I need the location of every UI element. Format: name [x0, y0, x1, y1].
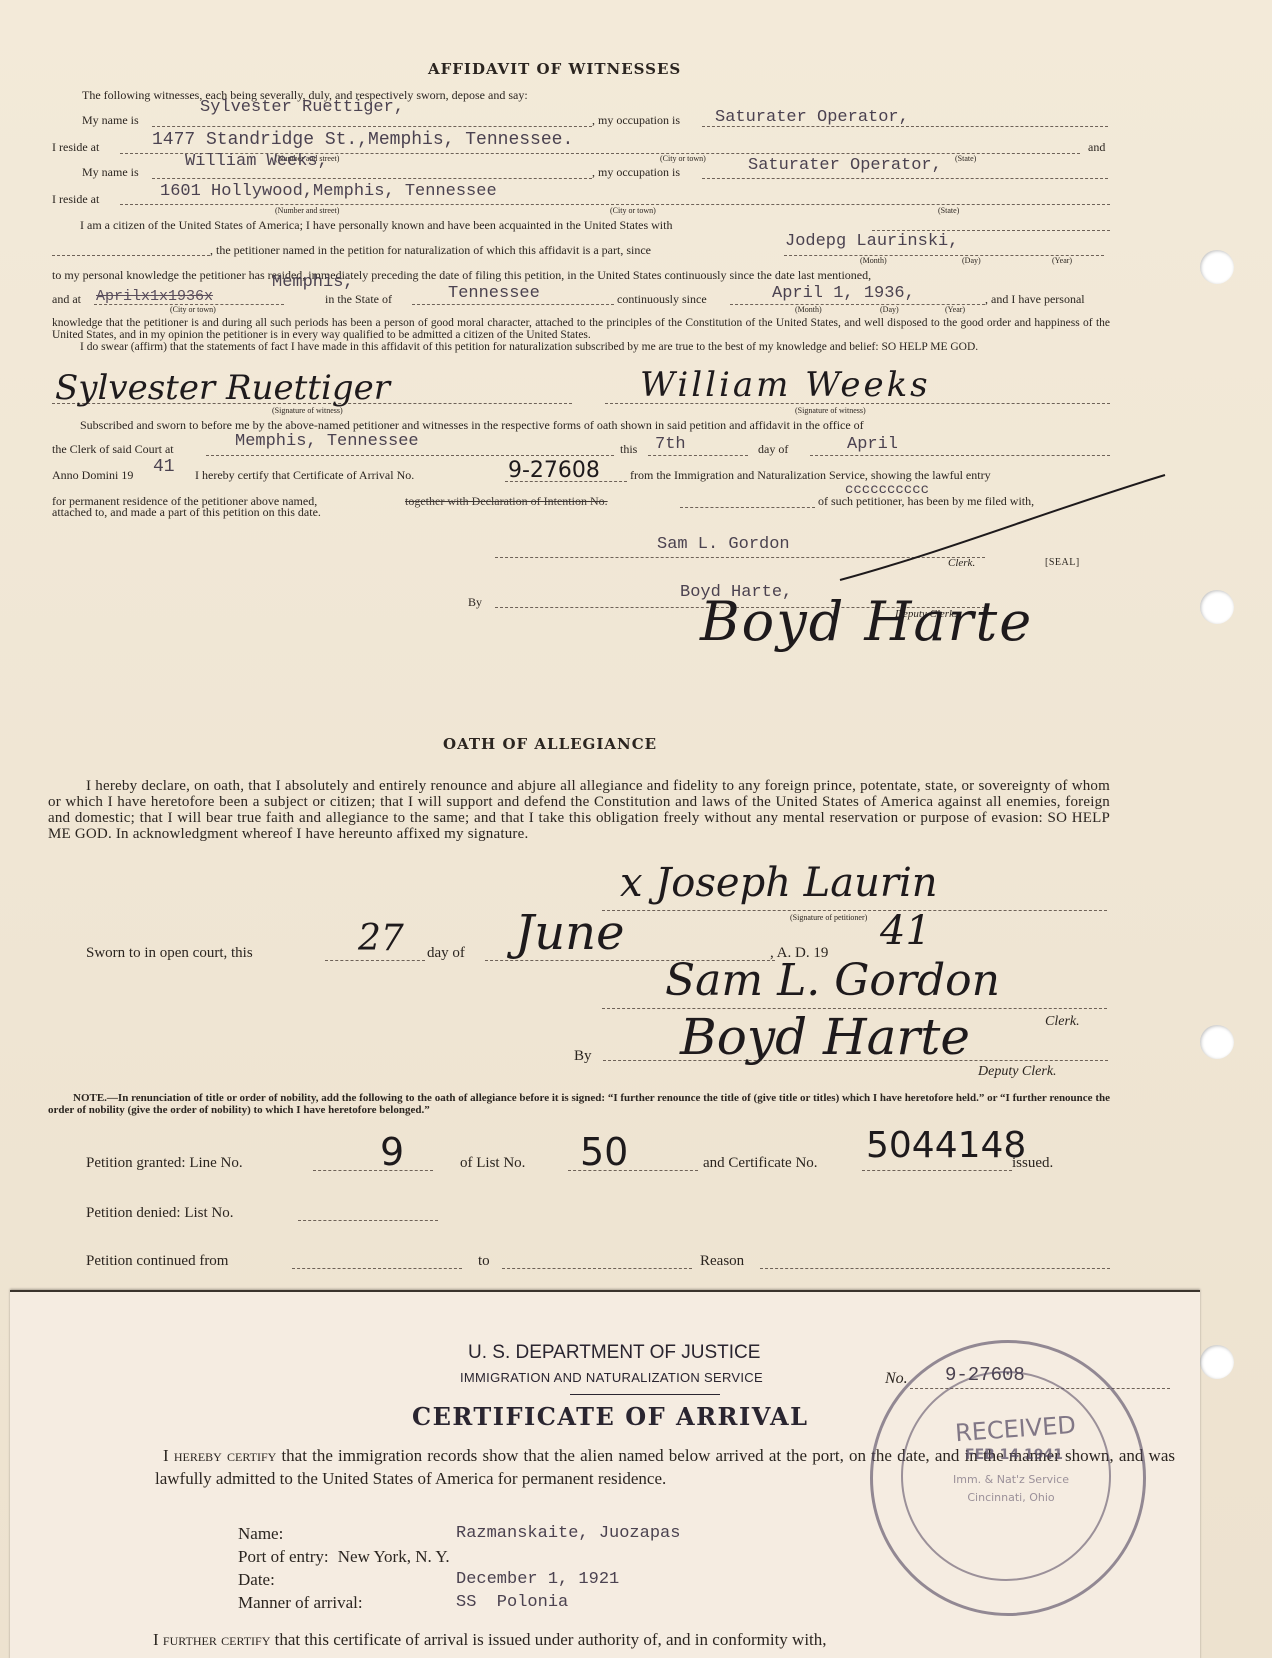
attached-line: attached to, and made a part of this pet… [52, 505, 321, 520]
label-my-name: My name is [82, 113, 139, 128]
field-label: Date: [238, 1570, 275, 1589]
field-label: Port of entry: [238, 1547, 329, 1566]
label-city-town: (City or town) [610, 206, 656, 215]
label-day-of: day of [427, 945, 465, 962]
label-to: to [478, 1253, 490, 1270]
day-value: 7th [655, 435, 686, 454]
sworn-month-value: June [515, 905, 624, 961]
field-value: Razmanskaite, Juozapas [456, 1524, 680, 1543]
document-page: AFFIDAVIT OF WITNESSES The following wit… [0, 0, 1272, 1658]
label-occupation: , my occupation is [592, 113, 680, 128]
nobility-note: NOTE.—In renunciation of title or order … [48, 1092, 1110, 1116]
cert-further-paragraph: I further certify that this certificate … [153, 1630, 1173, 1650]
clerk-name-typed: Sam L. Gordon [657, 535, 790, 554]
label-year: (Year) [1052, 256, 1072, 265]
sworn-year-value: 41 [880, 908, 931, 954]
label-my-name: My name is [82, 165, 139, 180]
field-manner-of-arrival: Manner of arrival: SS Polonia [238, 1593, 450, 1616]
court-place: Memphis, Tennessee [235, 432, 419, 451]
swear-paragraph: I do swear (affirm) that the statements … [52, 342, 1110, 354]
label-reside: I reside at [52, 192, 99, 207]
signature-of-petitioner-label: (Signature of petitioner) [790, 913, 867, 922]
label-and-personal: , and I have personal [985, 292, 1085, 307]
signature-of-witness-label: (Signature of witness) [272, 406, 343, 415]
stamp-office: Imm. & Nat'z Service Cincinnati, Ohio [941, 1471, 1081, 1507]
city-typed: Memphis, [272, 273, 354, 292]
witness1-name: Sylvester Ruettiger, [200, 98, 404, 117]
certify-line: I hereby certify that Certificate of Arr… [195, 468, 414, 483]
signature-of-witness-label: (Signature of witness) [795, 406, 866, 415]
petitioner-line: , the petitioner named in the petition f… [210, 243, 651, 258]
punch-hole [1200, 1345, 1234, 1379]
label-this: this [620, 442, 637, 457]
cert-dept-heading: U. S. DEPARTMENT OF JUSTICE [468, 1342, 760, 1364]
oath-deputy-signature: Boyd Harte [680, 1008, 970, 1066]
certificate-no-value: 5044148 [866, 1125, 1026, 1166]
field-label: Manner of arrival: [238, 1593, 363, 1612]
punch-hole [1200, 590, 1234, 624]
year-value: 41 [153, 457, 175, 477]
stamp-date: FEB 14 1941 [965, 1447, 1063, 1463]
deputy-clerk-signature: Boyd Harte [700, 590, 1033, 653]
witness1-address: 1477 Standridge St.,Memphis, Tennessee. [152, 130, 573, 150]
field-name: Name: Razmanskaite, Juozapas [238, 1524, 450, 1547]
subscribed-line: Subscribed and sworn to before me by the… [80, 418, 864, 433]
received-stamp: RECEIVED FEB 14 1941 Imm. & Nat'z Servic… [870, 1340, 1146, 1616]
since-date: April 1, 1936, [772, 284, 915, 303]
label-day: (Day) [962, 256, 981, 265]
label-number-street: (Number and street) [275, 206, 339, 215]
witness1-signature: Sylvester Ruettiger [55, 368, 390, 408]
cert-divider [570, 1394, 720, 1395]
label-state: (State) [955, 154, 976, 163]
line-no-value: 9 [380, 1130, 404, 1174]
sworn-day-value: 27 [358, 918, 404, 959]
petitioner-signature: x Joseph Laurin [620, 860, 938, 906]
label-month: (Month) [795, 305, 822, 314]
month-value: April [847, 435, 898, 454]
field-value: SS Polonia [456, 1593, 568, 1612]
sworn-line: Sworn to in open court, this [86, 945, 253, 962]
label-reason: Reason [700, 1253, 744, 1270]
label-month: (Month) [860, 256, 887, 265]
petition-continued-label: Petition continued from [86, 1253, 228, 1270]
label-clerk-court-at: the Clerk of said Court at [52, 442, 174, 457]
further-text: that this certificate of arrival is issu… [275, 1630, 827, 1649]
arrival-fields: Name: Razmanskaite, Juozapas Port of ent… [238, 1524, 450, 1616]
label-day: (Day) [880, 305, 899, 314]
label-anno-domini: Anno Domini 19 [52, 468, 133, 483]
label-city-town: (City or town) [170, 305, 216, 314]
punch-hole [1200, 1025, 1234, 1059]
field-date: Date: December 1, 1921 [238, 1570, 450, 1593]
petition-denied-label: Petition denied: List No. [86, 1205, 234, 1222]
field-value: New York, N. Y. [338, 1547, 450, 1566]
petition-granted-label: Petition granted: Line No. [86, 1155, 243, 1172]
cert-service-heading: IMMIGRATION AND NATURALIZATION SERVICE [460, 1370, 763, 1385]
state-typed: Tennessee [448, 284, 540, 303]
field-value: December 1, 1921 [456, 1570, 619, 1589]
struck-city-text: Aprilx1x1936x [96, 288, 213, 305]
witness2-name: William Weeks, [185, 152, 328, 171]
witness2-occupation: Saturater Operator, [748, 156, 942, 175]
label-continuously-since: continuously since [617, 292, 707, 307]
label-and-at: and at [52, 292, 81, 307]
label-year: (Year) [945, 305, 965, 314]
oath-deputy-label: Deputy Clerk. [978, 1064, 1057, 1080]
label-city-town: (City or town) [660, 154, 706, 163]
label-reside: I reside at [52, 140, 99, 155]
label-of-list-no: of List No. [460, 1155, 525, 1172]
cert-title: CERTIFICATE OF ARRIVAL [412, 1402, 808, 1431]
certify-lead: I hereby certify [163, 1446, 276, 1465]
struck-declaration-text: together with Declaration of Intention N… [405, 494, 608, 509]
witness2-signature: William Weeks [640, 365, 931, 405]
further-lead: I further certify [153, 1630, 270, 1649]
label-occupation: , my occupation is [592, 165, 680, 180]
petitioner-typed-name: Jodepg Laurinski, [785, 232, 958, 251]
oath-text: I hereby declare, on oath, that I absolu… [48, 778, 1110, 842]
arrival-number-value: 9-27608 [508, 458, 600, 483]
citizen-line: I am a citizen of the United States of A… [80, 218, 672, 233]
label-issued: issued. [1012, 1155, 1053, 1172]
field-port-of-entry: Port of entry: New York, N. Y. [238, 1547, 450, 1570]
label-by: By [574, 1048, 592, 1065]
character-paragraph: knowledge that the petitioner is and dur… [52, 318, 1110, 341]
knowledge-line: to my personal knowledge the petitioner … [52, 268, 871, 283]
signature-stroke-icon [830, 470, 1170, 590]
label-and: and [1088, 140, 1105, 155]
oath-clerk-signature: Sam L. Gordon [665, 955, 1000, 1006]
field-label: Name: [238, 1524, 283, 1543]
punch-hole [1200, 250, 1234, 284]
oath-clerk-label: Clerk. [1045, 1014, 1080, 1030]
oath-title: OATH OF ALLEGIANCE [443, 735, 657, 753]
witness1-occupation: Saturater Operator, [715, 108, 909, 127]
label-day-of: day of [758, 442, 788, 457]
witness2-address: 1601 Hollywood,Memphis, Tennessee [160, 182, 497, 201]
label-state: (State) [938, 206, 959, 215]
label-by: By [468, 595, 482, 610]
affidavit-title: AFFIDAVIT OF WITNESSES [428, 60, 681, 78]
label-cert-no: and Certificate No. [703, 1155, 818, 1172]
list-no-value: 50 [580, 1130, 628, 1174]
label-in-state: in the State of [325, 292, 392, 307]
